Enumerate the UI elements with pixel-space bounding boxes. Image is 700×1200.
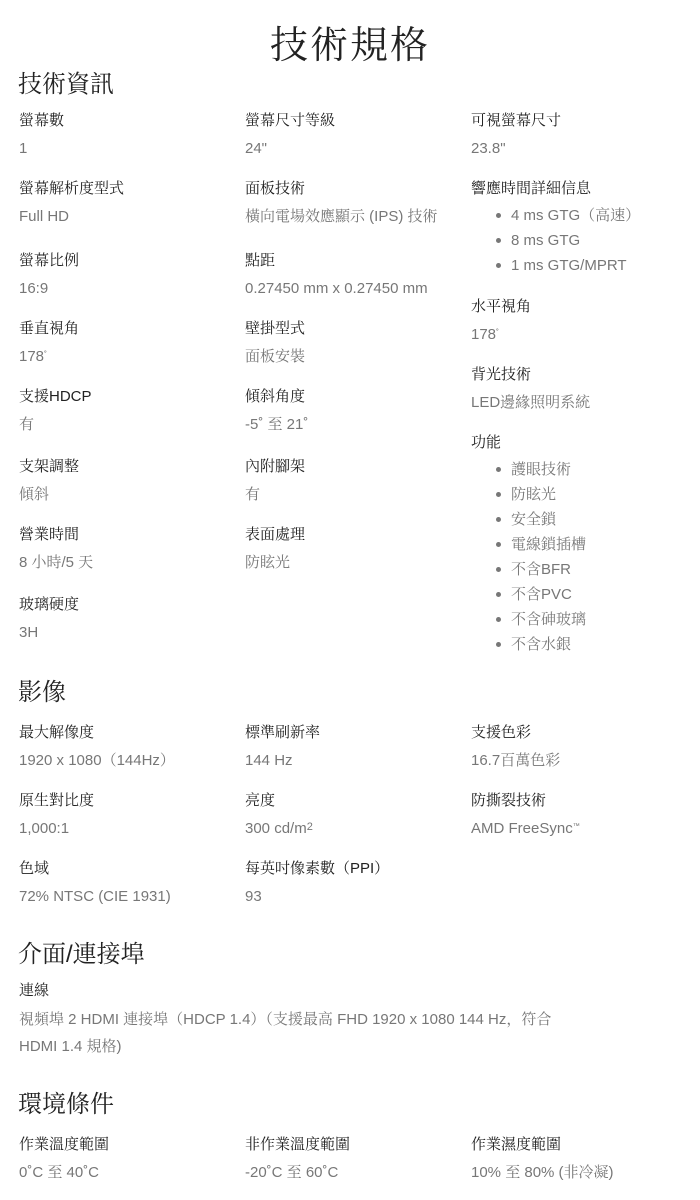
spec-nonop-temp: 非作業溫度範圍 -20˚C 至 60˚C (245, 1136, 465, 1182)
list-item-text: 防眩光 (511, 486, 556, 503)
spec-wall-mount: 壁掛型式 面板安裝 (245, 320, 465, 366)
spec-color-gamut: 色域 72% NTSC (CIE 1931) (19, 860, 239, 906)
spec-label: 作業溫度範圍 (19, 1136, 239, 1154)
spec-value: 178˚ (19, 348, 239, 366)
spec-value: 10% 至 80% (非冷凝) (471, 1164, 691, 1182)
spec-label: 亮度 (245, 792, 465, 810)
spec-label: 響應時間詳細信息 (471, 180, 691, 198)
bullet-icon (496, 492, 501, 497)
list-item: 不含砷玻璃 (496, 607, 691, 632)
spec-label: 最大解像度 (19, 724, 239, 742)
spec-value: 視頻埠 2 HDMI 連接埠（HDCP 1.4）（支援最高 FHD 1920 x… (19, 1006, 589, 1060)
list-item-text: 1 ms GTG/MPRT (511, 257, 627, 274)
list-item-text: 不含PVC (511, 586, 572, 603)
spec-label: 作業濕度範圍 (471, 1136, 691, 1154)
section-title-image: 影像 (18, 672, 66, 707)
list-item: 不含BFR (496, 557, 691, 582)
spec-label: 可視螢幕尺寸 (471, 112, 691, 130)
spec-value: LED邊緣照明系統 (471, 394, 691, 412)
spec-label: 原生對比度 (19, 792, 239, 810)
spec-screen-size-class: 螢幕尺寸等級 24" (245, 112, 465, 158)
spec-aspect-ratio: 螢幕比例 16:9 (19, 252, 239, 298)
bullet-icon (496, 542, 501, 547)
value-text: 178 (471, 326, 496, 343)
spec-label: 支援HDCP (19, 388, 239, 406)
list-item-text: 護眼技術 (511, 461, 571, 478)
spec-value: 1920 x 1080（144Hz） (19, 752, 239, 770)
value-text: 178 (19, 348, 44, 365)
spec-brightness: 亮度 300 cd/m2 (245, 792, 465, 838)
spec-label: 營業時間 (19, 526, 239, 544)
spec-value: 3H (19, 624, 239, 642)
spec-value: 144 Hz (245, 752, 465, 770)
spec-operating-hours: 營業時間 8 小時/5 天 (19, 526, 239, 572)
spec-vertical-angle: 垂直視角 178˚ (19, 320, 239, 366)
spec-refresh-rate: 標準刷新率 144 Hz (245, 724, 465, 770)
list-item-text: 8 ms GTG (511, 232, 580, 249)
spec-value: 72% NTSC (CIE 1931) (19, 888, 239, 906)
bullet-icon (496, 263, 501, 268)
page-title: 技術規格 (0, 14, 700, 69)
trademark-symbol: ™ (573, 823, 580, 830)
spec-label: 每英吋像素數（PPI） (245, 860, 465, 878)
spec-label: 螢幕數 (19, 112, 239, 130)
spec-response-time: 響應時間詳細信息 4 ms GTG（高速） 8 ms GTG 1 ms GTG/… (471, 180, 691, 278)
list-item: 安全鎖 (496, 507, 691, 532)
spec-label: 連線 (19, 982, 619, 1000)
spec-pixel-pitch: 點距 0.27450 mm x 0.27450 mm (245, 252, 465, 298)
spec-value: 300 cd/m2 (245, 820, 465, 838)
spec-surface: 表面處理 防眩光 (245, 526, 465, 572)
bullet-icon (496, 567, 501, 572)
spec-value: 16:9 (19, 280, 239, 298)
spec-value: 1,000:1 (19, 820, 239, 838)
spec-op-temp: 作業溫度範圍 0˚C 至 40˚C (19, 1136, 239, 1182)
list-item-text: 不含砷玻璃 (511, 611, 586, 628)
spec-value: 93 (245, 888, 465, 906)
features-list: 護眼技術 防眩光 安全鎖 電線鎖插槽 不含BFR 不含PVC 不含砷玻璃 不含水… (471, 457, 691, 657)
spec-op-humidity: 作業濕度範圍 10% 至 80% (非冷凝) (471, 1136, 691, 1182)
spec-value: 1 (19, 140, 239, 158)
spec-label: 水平視角 (471, 298, 691, 316)
value-text: 300 cd/m (245, 820, 307, 837)
spec-colors: 支援色彩 16.7百萬色彩 (471, 724, 691, 770)
spec-label: 表面處理 (245, 526, 465, 544)
spec-value: 16.7百萬色彩 (471, 752, 691, 770)
spec-label: 支援色彩 (471, 724, 691, 742)
spec-hdcp: 支援HDCP 有 (19, 388, 239, 434)
spec-value: -5˚ 至 21˚ (245, 416, 465, 434)
spec-glass-hardness: 玻璃硬度 3H (19, 596, 239, 642)
spec-value: 傾斜 (19, 486, 239, 504)
spec-label: 垂直視角 (19, 320, 239, 338)
spec-screen-count: 螢幕數 1 (19, 112, 239, 158)
bullet-icon (496, 517, 501, 522)
list-item: 電線鎖插槽 (496, 532, 691, 557)
spec-label: 非作業溫度範圍 (245, 1136, 465, 1154)
spec-value: 防眩光 (245, 554, 465, 572)
spec-contrast: 原生對比度 1,000:1 (19, 792, 239, 838)
spec-max-resolution: 最大解像度 1920 x 1080（144Hz） (19, 724, 239, 770)
spec-label: 玻璃硬度 (19, 596, 239, 614)
spec-label: 面板技術 (245, 180, 465, 198)
list-item-text: 不含BFR (511, 561, 571, 578)
spec-backlight: 背光技術 LED邊緣照明系統 (471, 366, 691, 412)
list-item: 1 ms GTG/MPRT (496, 253, 691, 278)
list-item: 4 ms GTG（高速） (496, 203, 691, 228)
spec-value: 23.8" (471, 140, 691, 158)
spec-label: 內附腳架 (245, 458, 465, 476)
value-text: AMD FreeSync (471, 820, 573, 837)
spec-panel-tech: 面板技術 橫向電場效應顯示 (IPS) 技術 (245, 180, 465, 226)
bullet-icon (496, 467, 501, 472)
list-item: 不含PVC (496, 582, 691, 607)
spec-value: 0˚C 至 40˚C (19, 1164, 239, 1182)
spec-stand-adjust: 支架調整 傾斜 (19, 458, 239, 504)
bullet-icon (496, 592, 501, 597)
spec-value: 有 (245, 486, 465, 504)
spec-label: 壁掛型式 (245, 320, 465, 338)
list-item-text: 4 ms GTG（高速） (511, 207, 640, 224)
degree-symbol: ˚ (44, 350, 47, 360)
spec-value: 面板安裝 (245, 348, 465, 366)
spec-label: 功能 (471, 434, 691, 452)
spec-value: -20˚C 至 60˚C (245, 1164, 465, 1182)
spec-value: AMD FreeSync™ (471, 820, 691, 838)
bullet-icon (496, 617, 501, 622)
spec-label: 標準刷新率 (245, 724, 465, 742)
spec-tilt-angle: 傾斜角度 -5˚ 至 21˚ (245, 388, 465, 434)
spec-stand-included: 內附腳架 有 (245, 458, 465, 504)
section-title-interface: 介面/連接埠 (18, 934, 145, 969)
spec-label: 螢幕尺寸等級 (245, 112, 465, 130)
list-item: 8 ms GTG (496, 228, 691, 253)
spec-label: 背光技術 (471, 366, 691, 384)
bullet-icon (496, 213, 501, 218)
list-item: 護眼技術 (496, 457, 691, 482)
bullet-icon (496, 642, 501, 647)
spec-label: 防撕裂技術 (471, 792, 691, 810)
list-item-text: 不含水銀 (511, 636, 571, 653)
spec-value: 178˚ (471, 326, 691, 344)
spec-resolution-type: 螢幕解析度型式 Full HD (19, 180, 239, 226)
spec-value: 24" (245, 140, 465, 158)
spec-value: 8 小時/5 天 (19, 554, 239, 572)
degree-symbol: ˚ (496, 328, 499, 338)
spec-label: 色域 (19, 860, 239, 878)
list-item-text: 電線鎖插槽 (511, 536, 586, 553)
list-item: 防眩光 (496, 482, 691, 507)
spec-label: 螢幕解析度型式 (19, 180, 239, 198)
spec-label: 傾斜角度 (245, 388, 465, 406)
section-title-environment: 環境條件 (18, 1084, 114, 1119)
spec-label: 支架調整 (19, 458, 239, 476)
spec-viewable-size: 可視螢幕尺寸 23.8" (471, 112, 691, 158)
section-title-tech: 技術資訊 (18, 64, 114, 99)
spec-anti-tearing: 防撕裂技術 AMD FreeSync™ (471, 792, 691, 838)
spec-value: 橫向電場效應顯示 (IPS) 技術 (245, 208, 465, 226)
response-time-list: 4 ms GTG（高速） 8 ms GTG 1 ms GTG/MPRT (471, 203, 691, 278)
bullet-icon (496, 238, 501, 243)
list-item: 不含水銀 (496, 632, 691, 657)
spec-value: Full HD (19, 208, 239, 226)
spec-label: 點距 (245, 252, 465, 270)
spec-label: 螢幕比例 (19, 252, 239, 270)
spec-horizontal-angle: 水平視角 178˚ (471, 298, 691, 344)
spec-value: 0.27450 mm x 0.27450 mm (245, 280, 465, 298)
spec-value: 有 (19, 416, 239, 434)
spec-features: 功能 護眼技術 防眩光 安全鎖 電線鎖插槽 不含BFR 不含PVC 不含砷玻璃 … (471, 434, 691, 657)
spec-connectivity: 連線 視頻埠 2 HDMI 連接埠（HDCP 1.4）（支援最高 FHD 192… (19, 982, 619, 1060)
spec-ppi: 每英吋像素數（PPI） 93 (245, 860, 465, 906)
list-item-text: 安全鎖 (511, 511, 556, 528)
superscript: 2 (307, 821, 313, 833)
